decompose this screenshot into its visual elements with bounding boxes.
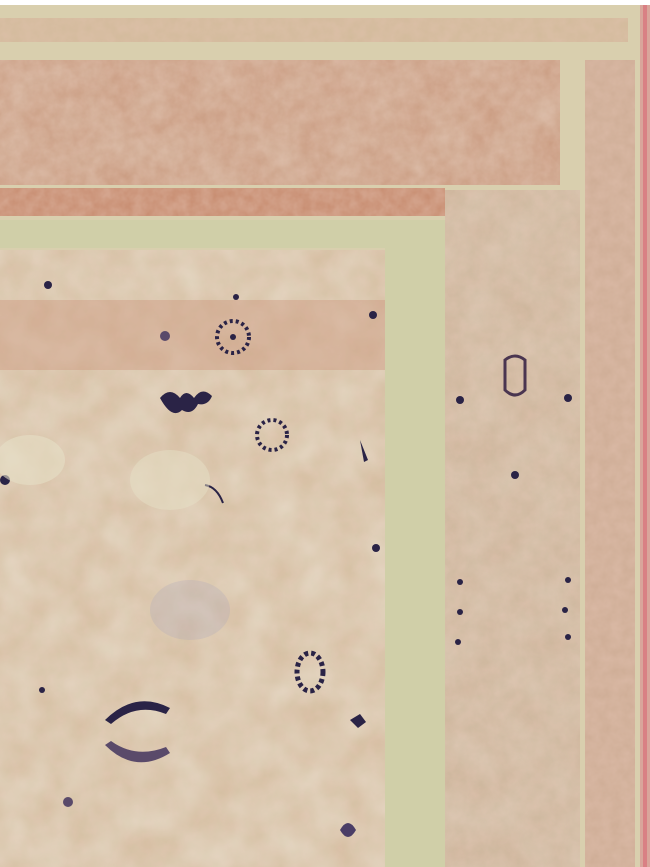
rug-photo xyxy=(0,0,650,867)
rug-illustration xyxy=(0,0,650,867)
